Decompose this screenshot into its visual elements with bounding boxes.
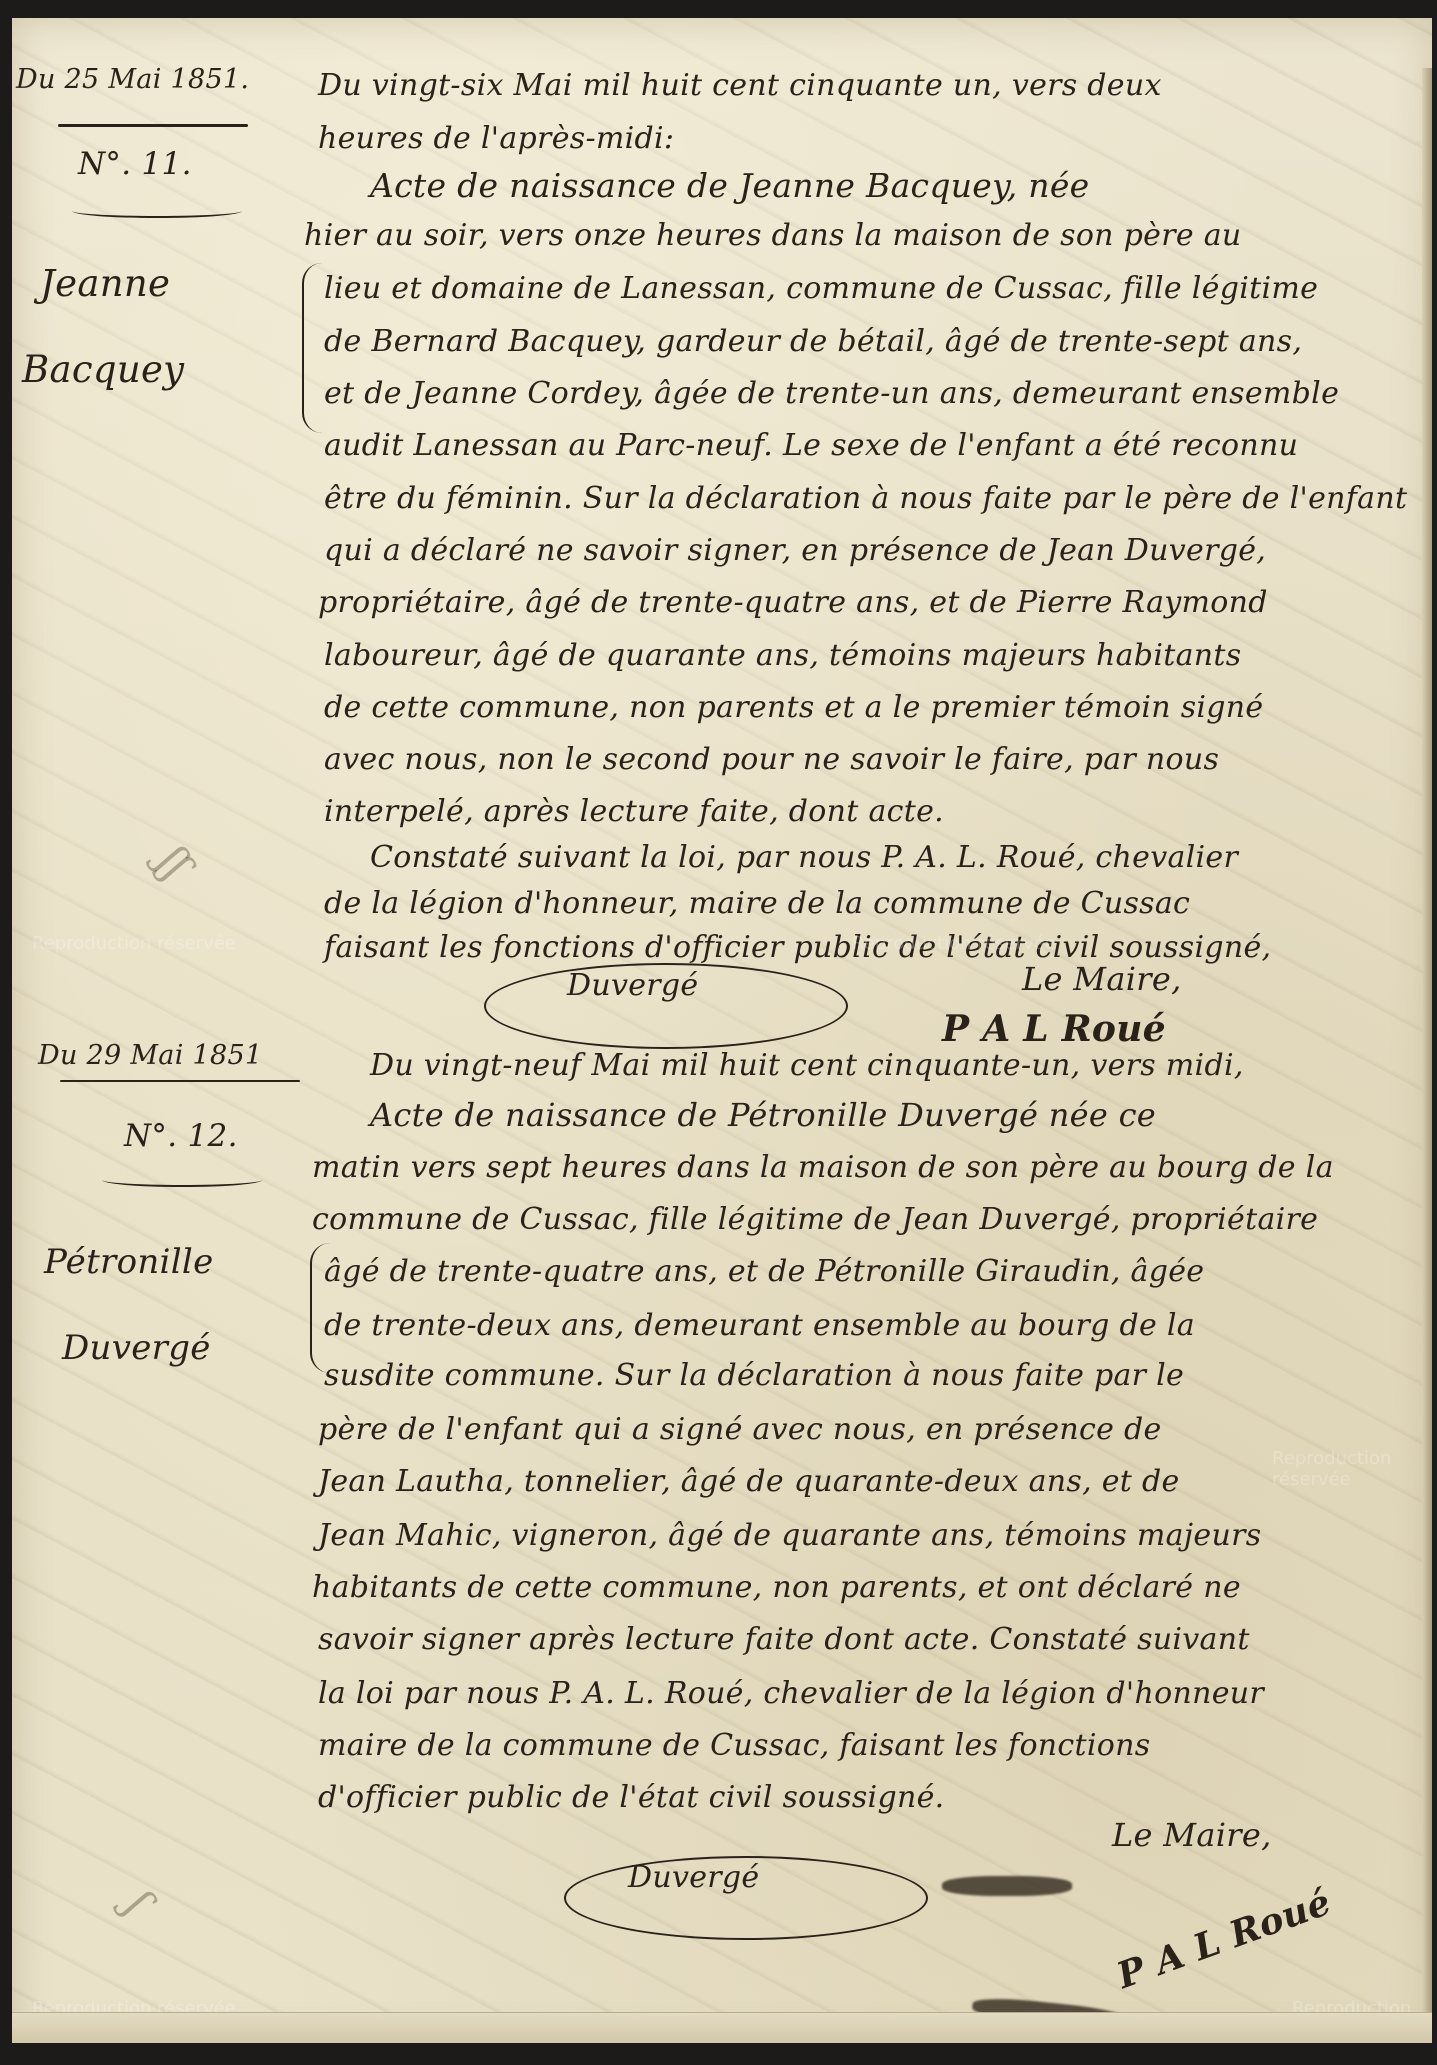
text-line: interpelé, après lecture faite, dont act… xyxy=(324,794,944,829)
child-given-name: Jeanne xyxy=(40,262,170,305)
witness-signature: Duvergé xyxy=(628,1860,759,1895)
child-given-name: Pétronille xyxy=(44,1242,214,1282)
register-page: ʃʃ ʃ Du 25 Mai 1851. N°. 11. Jeanne Bacq… xyxy=(12,18,1432,2043)
margin-rule xyxy=(58,124,248,127)
text-line: maire de la commune de Cussac, faisant l… xyxy=(318,1728,1150,1763)
text-line: Acte de naissance de Pétronille Duvergé … xyxy=(370,1096,1156,1134)
entry-number: N°. 12. xyxy=(124,1118,238,1154)
text-line: Du vingt-six Mai mil huit cent cinquante… xyxy=(318,68,1162,103)
text-line: habitants de cette commune, non parents,… xyxy=(312,1570,1241,1605)
child-surname: Bacquey xyxy=(22,348,184,391)
text-line: audit Lanessan au Parc-neuf. Le sexe de … xyxy=(324,428,1298,463)
text-line: lieu et domaine de Lanessan, commune de … xyxy=(324,271,1318,306)
text-line: savoir signer après lecture faite dont a… xyxy=(318,1622,1250,1657)
text-line: âgé de trente-quatre ans, et de Pétronil… xyxy=(324,1254,1204,1289)
page-fold xyxy=(12,2012,1432,2043)
text-line: Jean Mahic, vigneron, âgé de quarante an… xyxy=(318,1518,1261,1553)
ink-bleed-mark: ʃ xyxy=(113,1885,163,1922)
text-line: heures de l'après-midi: xyxy=(318,121,674,156)
text-line: propriétaire, âgé de trente-quatre ans, … xyxy=(318,585,1268,620)
mayor-signature: P A L Roué xyxy=(1112,1881,1337,1997)
text-line: matin vers sept heures dans la maison de… xyxy=(312,1150,1334,1185)
text-line: Du vingt-neuf Mai mil huit cent cinquant… xyxy=(370,1048,1244,1083)
name-brace xyxy=(302,263,322,433)
entry-date: Du 29 Mai 1851 xyxy=(38,1040,262,1071)
mayor-title: Le Maire, xyxy=(1112,1816,1272,1854)
entry-number: N°. 11. xyxy=(78,146,192,182)
text-line: de la légion d'honneur, maire de la comm… xyxy=(324,886,1190,921)
text-line: et de Jeanne Cordey, âgée de trente-un a… xyxy=(324,376,1339,411)
ink-smudge xyxy=(942,1876,1072,1896)
text-line: de Bernard Bacquey, gardeur de bétail, â… xyxy=(324,324,1302,359)
margin-brace xyxy=(102,1173,262,1187)
text-line: avec nous, non le second pour ne savoir … xyxy=(324,742,1219,777)
margin-brace xyxy=(72,204,242,218)
ink-bleed-mark: ʃʃ xyxy=(146,840,202,887)
mayor-title: Le Maire, xyxy=(1022,960,1182,998)
margin-rule xyxy=(60,1080,300,1082)
text-line: qui a déclaré ne savoir signer, en prése… xyxy=(324,533,1266,568)
text-line: la loi par nous P. A. L. Roué, chevalier… xyxy=(318,1676,1264,1711)
text-line: Constaté suivant la loi, par nous P. A. … xyxy=(370,840,1238,875)
text-line: Acte de naissance de Jeanne Bacquey, née xyxy=(370,166,1090,205)
watermark-text: Reproduction réservée xyxy=(32,933,236,954)
text-line: susdite commune. Sur la déclaration à no… xyxy=(324,1358,1184,1393)
text-line: d'officier public de l'état civil soussi… xyxy=(318,1780,944,1815)
page-edge xyxy=(1422,68,1432,2028)
watermark-text: Reproduction réservée xyxy=(852,933,1056,954)
text-line: laboureur, âgé de quarante ans, témoins … xyxy=(324,638,1241,673)
text-line: de cette commune, non parents et a le pr… xyxy=(324,690,1263,725)
witness-signature: Duvergé xyxy=(567,968,698,1003)
text-line: être du féminin. Sur la déclaration à no… xyxy=(324,481,1407,516)
text-line: de trente-deux ans, demeurant ensemble a… xyxy=(324,1308,1195,1343)
mayor-signature: P A L Roué xyxy=(942,1008,1166,1050)
text-line: hier au soir, vers onze heures dans la m… xyxy=(304,218,1242,253)
text-line: père de l'enfant qui a signé avec nous, … xyxy=(318,1412,1162,1447)
child-surname: Duvergé xyxy=(62,1328,211,1368)
entry-date: Du 25 Mai 1851. xyxy=(16,64,249,95)
text-line: Jean Lautha, tonnelier, âgé de quarante-… xyxy=(318,1464,1180,1499)
text-line: commune de Cussac, fille légitime de Jea… xyxy=(312,1202,1318,1237)
watermark-text: Reproduction réservée xyxy=(1272,1448,1432,1490)
